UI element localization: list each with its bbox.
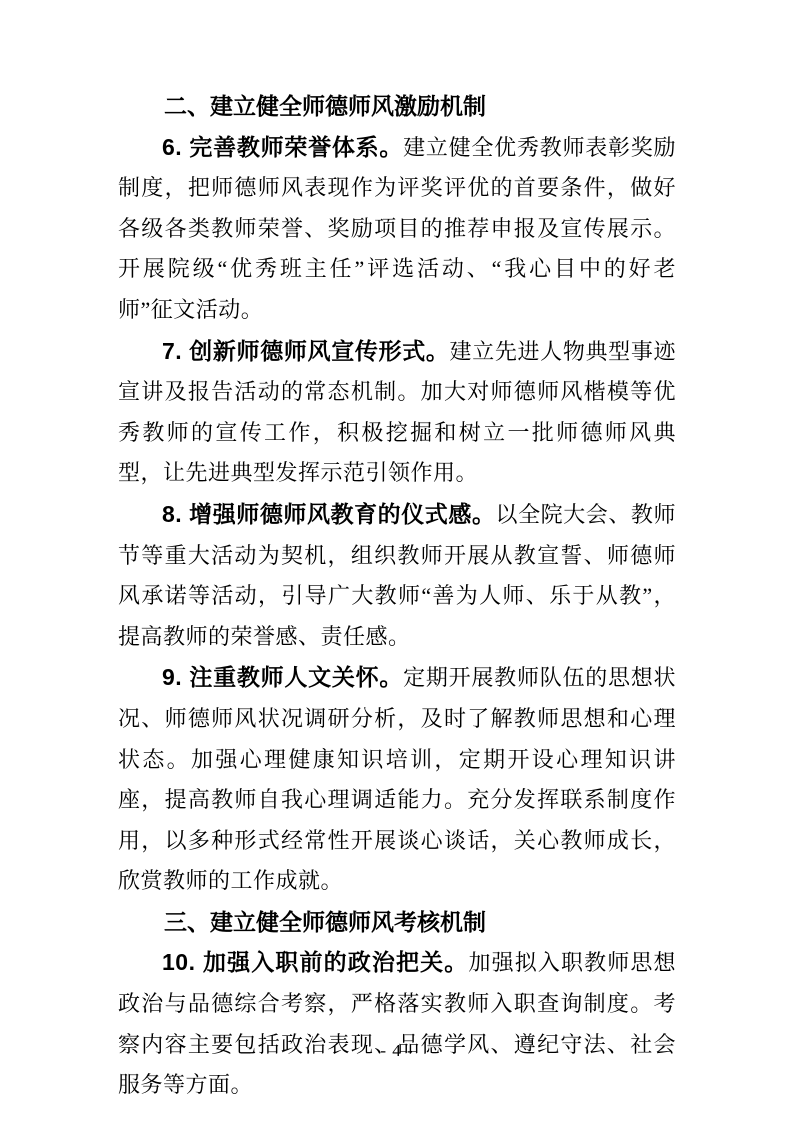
section-heading: 二、建立健全师德师风激励机制: [118, 86, 676, 127]
paragraph: 9. 注重教师人文关怀。定期开展教师队伍的思想状况、师德师风状况调研分析，及时了…: [118, 657, 676, 902]
paragraph: 8. 增强师德师风教育的仪式感。以全院大会、教师节等重大活动为契机，组织教师开展…: [118, 494, 676, 657]
paragraph-text: 建立健全优秀教师表彰奖励制度，把师德师风表现作为评奖评优的首要条件，做好各级各类…: [118, 135, 676, 322]
document-body: 二、建立健全师德师风激励机制6. 完善教师荣誉体系。建立健全优秀教师表彰奖励制度…: [118, 86, 676, 1106]
section-heading: 三、建立健全师德师风考核机制: [118, 902, 676, 943]
document-page: 二、建立健全师德师风激励机制6. 完善教师荣誉体系。建立健全优秀教师表彰奖励制度…: [0, 0, 794, 1123]
paragraph-lead: 6. 完善教师荣誉体系。: [162, 134, 403, 160]
paragraph-lead: 10. 加强入职前的政治把关。: [162, 949, 468, 975]
paragraph: 10. 加强入职前的政治把关。加强拟入职教师思想政治与品德综合考察，严格落实教师…: [118, 942, 676, 1105]
paragraph-lead: 9. 注重教师人文关怀。: [162, 664, 403, 690]
paragraph: 7. 创新师德师风宣传形式。建立先进人物典型事迹宣讲及报告活动的常态机制。加大对…: [118, 331, 676, 494]
paragraph-lead: 7. 创新师德师风宣传形式。: [162, 338, 450, 364]
paragraph-lead: 8. 增强师德师风教育的仪式感。: [162, 501, 496, 527]
page-number: - 4 -: [0, 1041, 794, 1061]
paragraph-text: 定期开展教师队伍的思想状况、师德师风状况调研分析，及时了解教师思想和心理状态。加…: [118, 665, 676, 893]
paragraph: 6. 完善教师荣誉体系。建立健全优秀教师表彰奖励制度，把师德师风表现作为评奖评优…: [118, 127, 676, 331]
